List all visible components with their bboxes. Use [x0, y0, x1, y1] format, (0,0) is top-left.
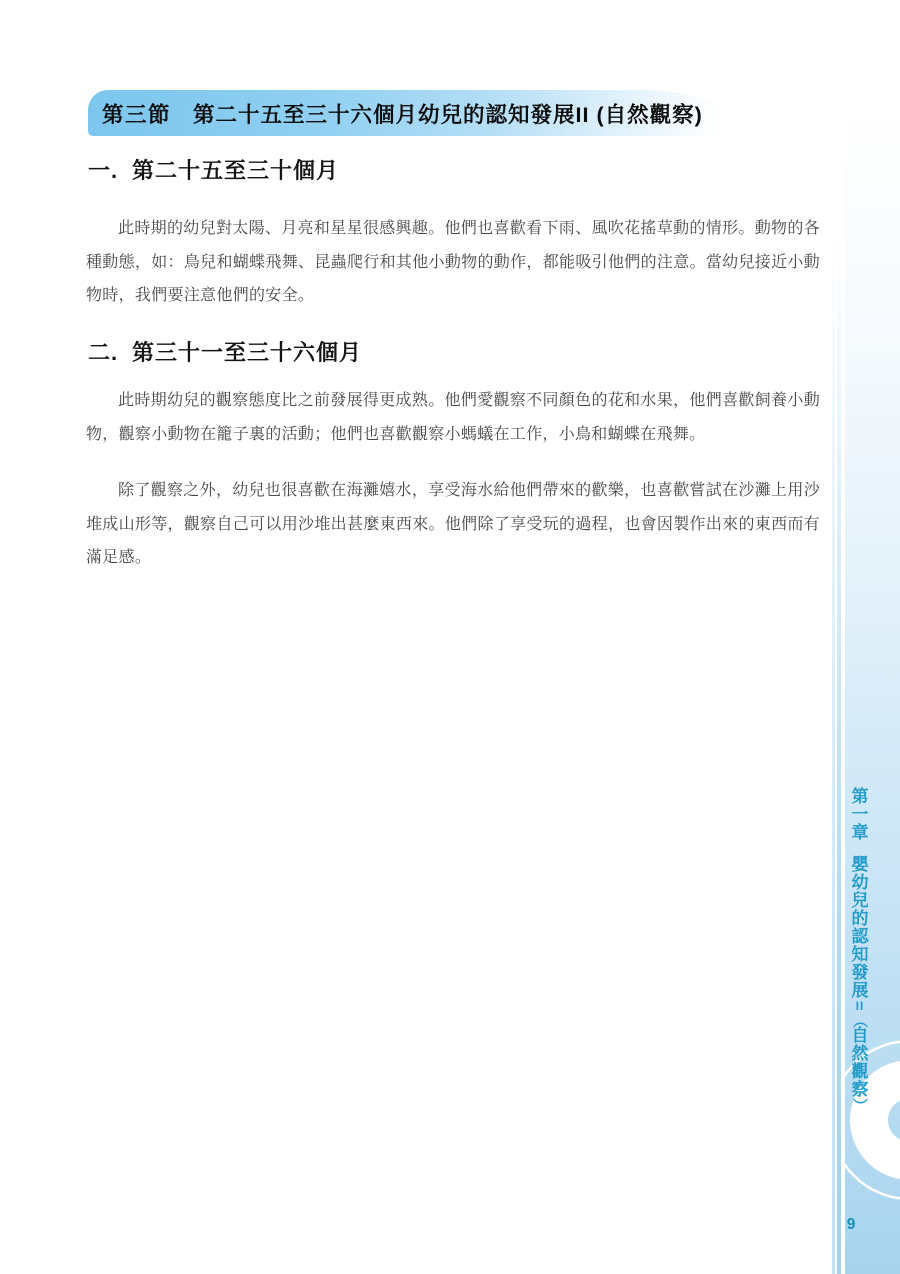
- subsection-1-number: 一.: [88, 154, 132, 185]
- subsection-2-title: 第三十一至三十六個月: [132, 336, 362, 367]
- section-label: 第三節: [88, 98, 171, 129]
- section-title: 第二十五至三十六個月幼兒的認知發展II (自然觀察): [171, 98, 703, 129]
- section-header-bar: 第三節 第二十五至三十六個月幼兒的認知發展II (自然觀察): [88, 90, 738, 136]
- chapter-vertical-title: 第一章嬰幼兒的認知發展II（自然觀察）: [846, 788, 874, 1112]
- paragraph: 此時期幼兒的觀察態度比之前發展得更成熟。他們愛觀察不同顏色的花和水果，他們喜歡飼…: [86, 384, 820, 451]
- subsection-2-number: 二.: [88, 336, 132, 367]
- subsection-1-title: 第二十五至三十個月: [132, 154, 339, 185]
- page-number: 9: [840, 1216, 862, 1234]
- subsection-2-heading: 二. 第三十一至三十六個月: [88, 336, 828, 367]
- paragraph: 此時期的幼兒對太陽、月亮和星星很感興趣。他們也喜歡看下雨、風吹花搖草動的情形。動…: [86, 212, 820, 313]
- subsection-1-heading: 一. 第二十五至三十個月: [88, 154, 828, 185]
- paragraph: 除了觀察之外，幼兒也很喜歡在海灘嬉水，享受海水給他們帶來的歡樂，也喜歡嘗試在沙灘…: [86, 474, 820, 575]
- side-accent-stripe-medium: [837, 0, 841, 1274]
- side-accent-stripe-thin: [832, 0, 835, 1274]
- document-page: 第三節 第二十五至三十六個月幼兒的認知發展II (自然觀察) 一. 第二十五至三…: [0, 0, 900, 1274]
